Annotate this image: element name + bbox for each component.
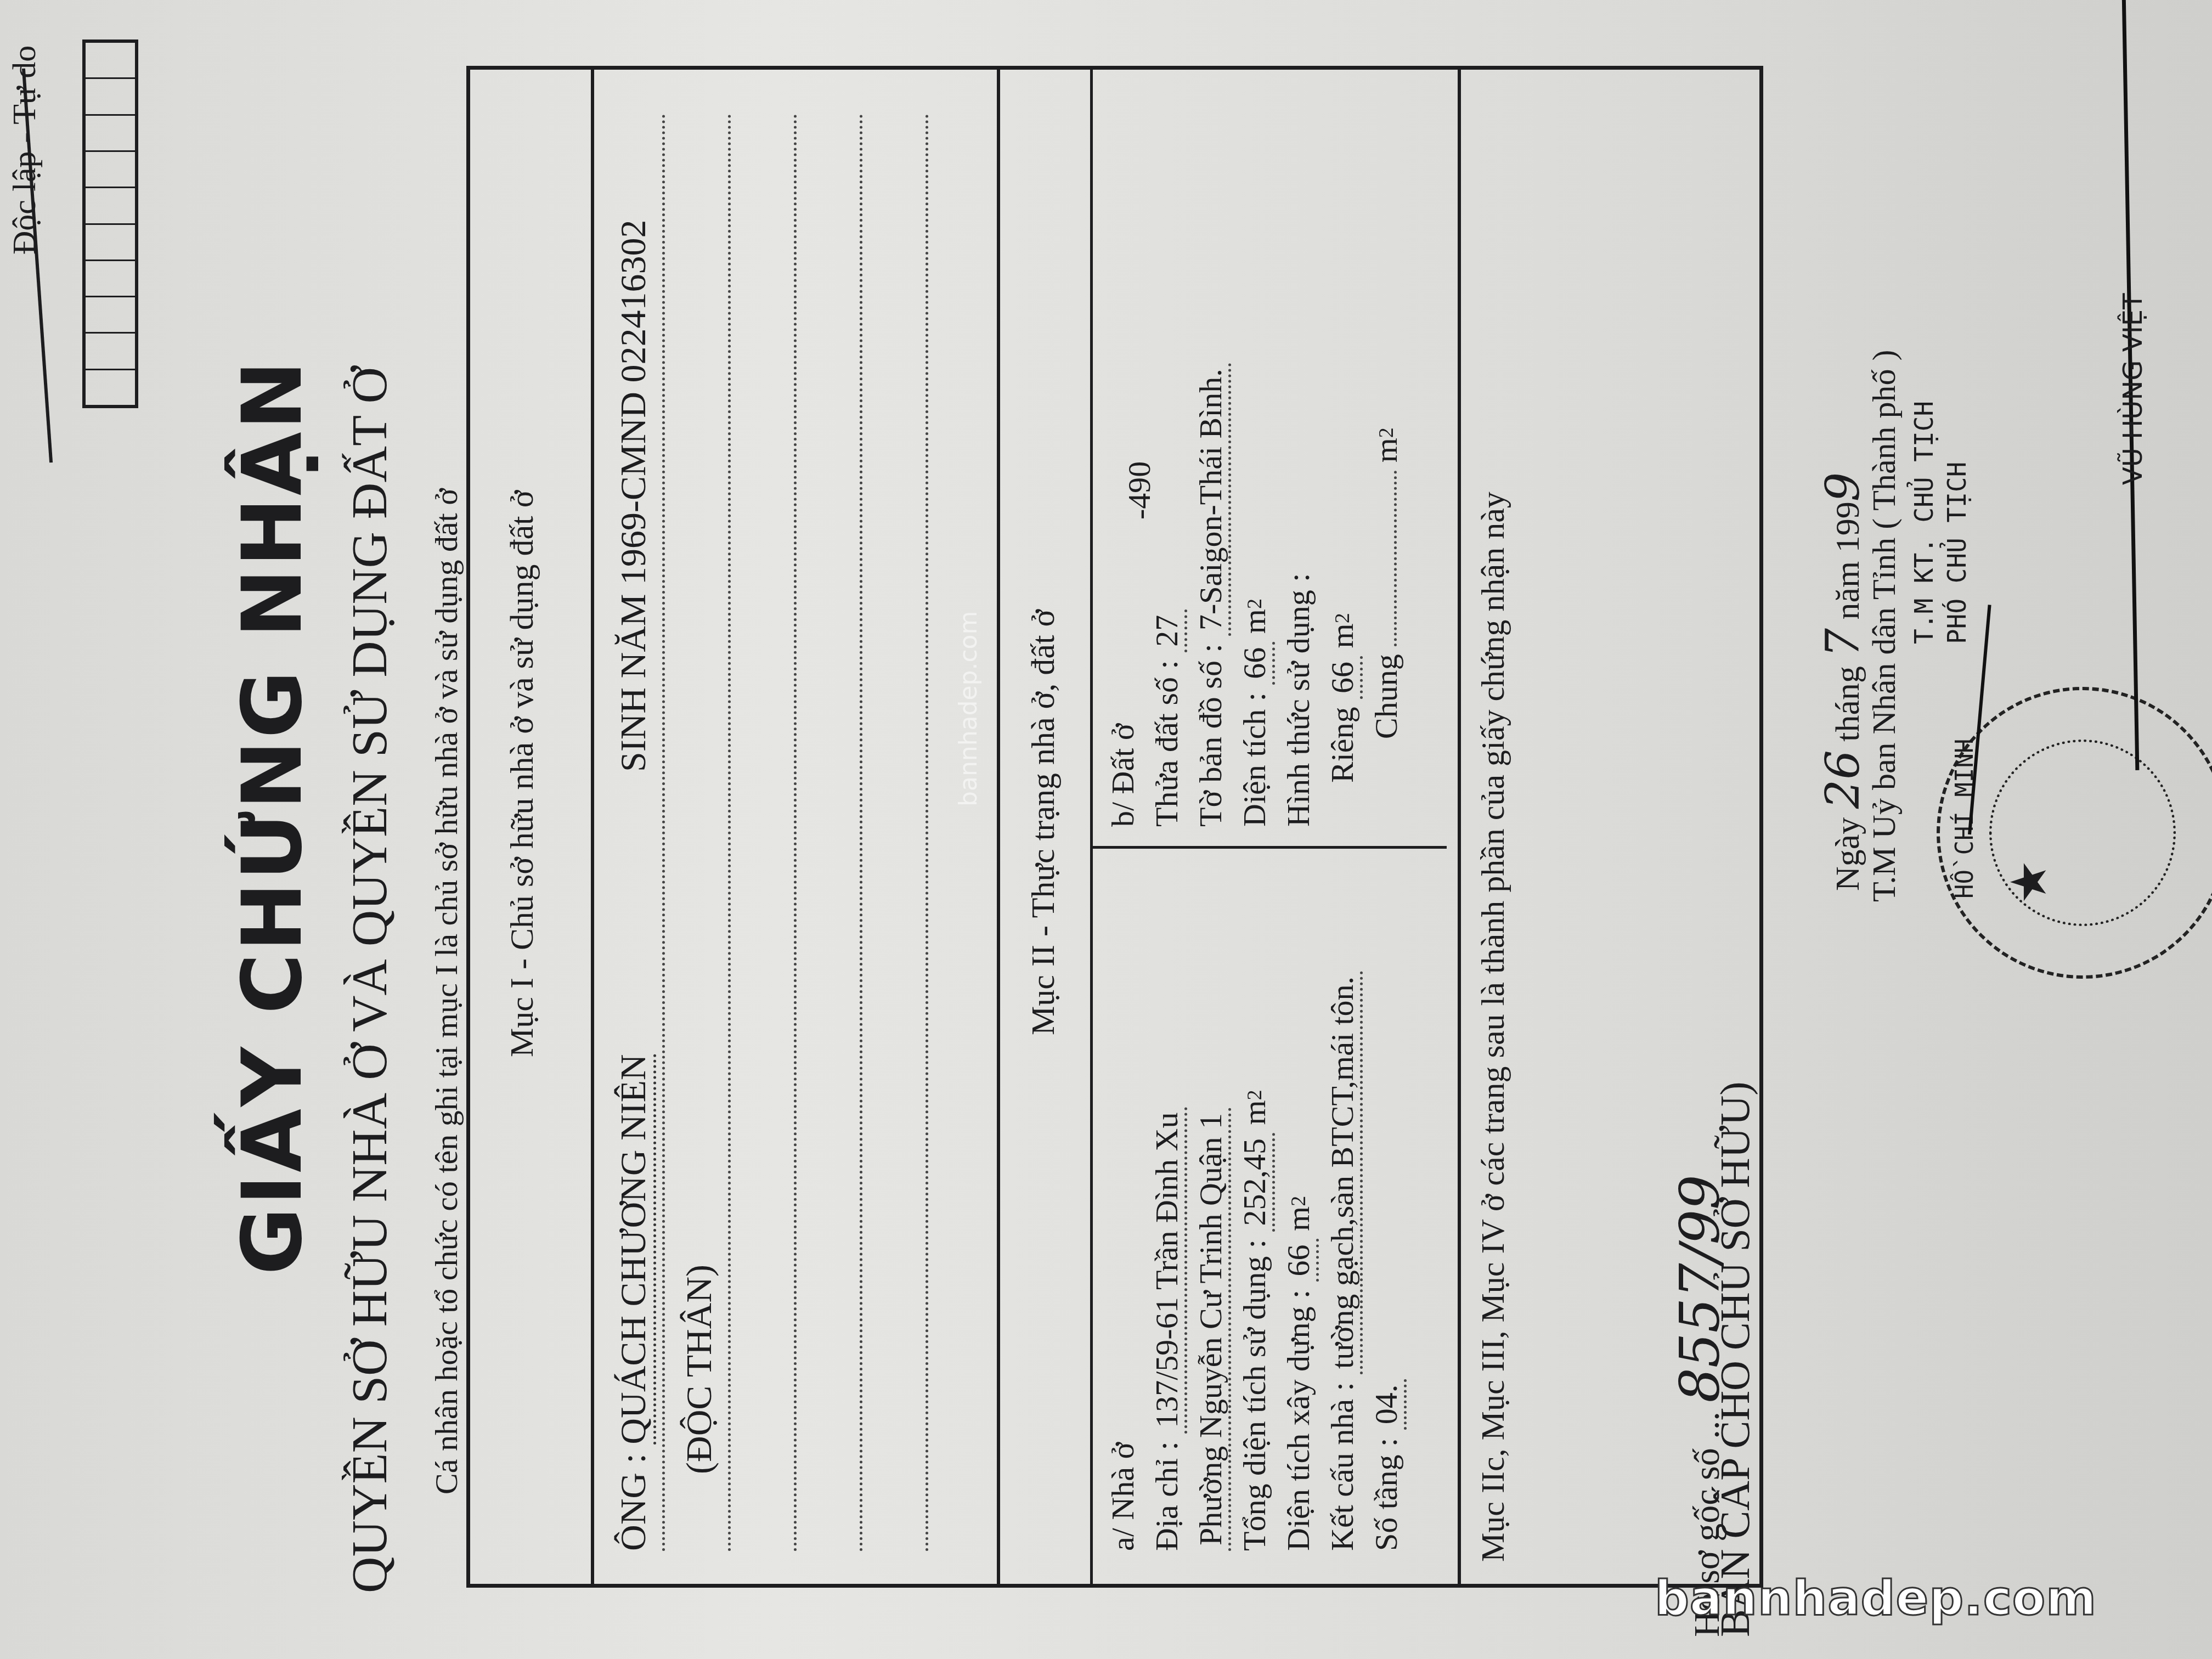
address-value: 137/59-61 Trần Đình Xu — [1149, 1107, 1187, 1434]
blank-line — [860, 114, 862, 1551]
unit-sup: 2 — [1287, 1196, 1310, 1206]
private-row: Riêng 66 m2 — [1321, 92, 1364, 827]
unit-sup: 2 — [1243, 1090, 1266, 1100]
blank-line — [794, 114, 797, 1551]
column-divider — [1090, 846, 1447, 849]
section-1-heading: Mục I - Chủ sở hữu nhà ở và sử dụng đất … — [503, 490, 541, 1057]
unit: m — [1368, 438, 1404, 462]
built-area-label: Diện tích xây dựng : — [1280, 1290, 1316, 1551]
map-sheet-row: Tờ bản đồ số : 7-Saigon-Thái Bình. — [1189, 92, 1233, 827]
unit-sup: 2 — [1331, 613, 1354, 623]
certificate-form-box: Mục I - Chủ sở hữu nhà ở và sử dụng đất … — [466, 66, 1763, 1588]
built-area-row: Diện tích xây dựng : 66 m2 — [1277, 860, 1321, 1551]
watermark-logo: bannhadep.com — [1655, 1570, 2097, 1626]
divider — [1458, 70, 1461, 1584]
floors-row: Số tầng : 04. — [1364, 860, 1408, 1551]
signer-name: VŨ HÙNG VIỆT — [2118, 294, 2148, 485]
ward-value: Phường Nguyễn Cư Trinh Quận 1 — [1193, 1108, 1231, 1551]
plot-row: Thửa đất số : 27 -490 — [1145, 92, 1189, 827]
unit: m — [1237, 609, 1272, 634]
owner-details: SINH NĂM 1969-CMND 022416302 — [613, 219, 654, 772]
map-sheet-value: 7-Saigon-Thái Bình. — [1193, 363, 1231, 636]
document-title: GIẤY CHỨNG NHẬN — [225, 359, 320, 1275]
usage-row: Hình thức sử dụng : — [1277, 92, 1321, 827]
shared-label: Chung — [1368, 654, 1404, 739]
house-info: a/ Nhà ở Địa chỉ : 137/59-61 Trần Đình X… — [1101, 860, 1408, 1551]
month-value: 7 — [1816, 628, 1870, 657]
private-value: 66 — [1324, 656, 1363, 699]
map-sheet-label: Tờ bản đồ số : — [1193, 644, 1228, 827]
marital-status: (ĐỘC THÂN) — [679, 1265, 720, 1474]
house-heading: a/ Nhà ở — [1101, 860, 1145, 1551]
watermark-center: bannhadep.com — [955, 611, 983, 806]
ward-row: Phường Nguyễn Cư Trinh Quận 1 — [1189, 860, 1233, 1551]
shared-row: Chung m2 — [1364, 92, 1408, 827]
owner-line: ÔNG : QUÁCH CHƯƠNG NIÊN — [613, 1054, 654, 1551]
built-area-value: 66 — [1280, 1239, 1319, 1282]
unit: m — [1280, 1206, 1316, 1231]
issuing-org: T.M Uỷ ban Nhân dân Tỉnh ( Thành phố ) — [1865, 350, 1903, 902]
land-area-value: 66 — [1237, 642, 1275, 685]
plot-extra: -490 — [1118, 461, 1161, 520]
usage-label: Hình thức sử dụng : — [1280, 573, 1316, 827]
copy-note: BẢN CẤP CHO CHỦ SỞ HỮU) — [1712, 1081, 1759, 1637]
floors-label: Số tầng : — [1368, 1438, 1404, 1551]
total-area-label: Tổng diện tích sử dụng : — [1237, 1239, 1272, 1551]
owner-label: ÔNG : — [613, 1453, 653, 1551]
plot-value: 27 — [1149, 610, 1187, 652]
signer-role-2: PHÓ CHỦ TỊCH — [1942, 462, 1972, 644]
divider — [591, 70, 594, 1584]
blank-line — [662, 114, 665, 1551]
total-area-value: 252,45 — [1237, 1133, 1275, 1232]
land-area-label: Diện tích : — [1237, 692, 1272, 827]
year-label: năm 199 — [1829, 501, 1866, 619]
document-subtitle: QUYỀN SỞ HỮU NHÀ Ở VÀ QUYỀN SỬ DỤNG ĐẤT … — [340, 367, 398, 1593]
owner-name: QUÁCH CHƯƠNG NIÊN — [613, 1054, 656, 1444]
unit: m — [1324, 623, 1360, 648]
structure-row: Kết cấu nhà : tường gạch,sàn BTCT,mái tô… — [1321, 860, 1364, 1551]
total-area-row: Tổng diện tích sử dụng : 252,45 m2 — [1233, 860, 1277, 1551]
shared-value — [1394, 471, 1397, 646]
star-icon: ★ — [2000, 860, 2058, 904]
month-label: tháng — [1829, 666, 1866, 742]
serial-number-box — [82, 39, 138, 408]
divider — [1090, 70, 1093, 1584]
land-heading: b/ Đất ở — [1101, 92, 1145, 827]
address-row: Địa chỉ : 137/59-61 Trần Đình Xu — [1145, 860, 1189, 1551]
blank-line — [728, 114, 731, 1551]
certificate-document: Độc lập - Tự do GIẤY CHỨNG NHẬN QUYỀN SỞ… — [0, 0, 2212, 1659]
unit: m — [1237, 1100, 1272, 1125]
unit-sup: 2 — [1375, 427, 1398, 438]
structure-value: tường gạch,sàn BTCT,mái tôn. — [1324, 971, 1363, 1374]
address-label: Địa chỉ : — [1149, 1441, 1184, 1551]
plot-label: Thửa đất số : — [1149, 660, 1184, 827]
unit-sup: 2 — [1243, 599, 1266, 609]
blank-line — [926, 114, 928, 1551]
intro-text: Cá nhân hoặc tổ chức có tên ghi tại mục … — [428, 488, 465, 1494]
year-digit: 9 — [1816, 472, 1870, 501]
day-value: 26 — [1816, 750, 1870, 809]
land-info: b/ Đất ở Thửa đất số : 27 -490 Tờ bản đồ… — [1101, 92, 1408, 827]
divider — [997, 70, 1000, 1584]
structure-label: Kết cấu nhà : — [1324, 1382, 1360, 1551]
private-label: Riêng — [1324, 707, 1360, 783]
land-area-row: Diện tích : 66 m2 — [1233, 92, 1277, 827]
floors-value: 04. — [1368, 1379, 1407, 1430]
section-3-note: Mục IIc, Mục III, Mục IV ở các trang sau… — [1474, 492, 1512, 1562]
section-2-heading: Mục II - Thực trạng nhà ở, đất ở — [1024, 610, 1062, 1035]
signer-role-1: T.M KT. CHỦ TỊCH — [1909, 401, 1939, 644]
date-prefix: Ngày — [1829, 817, 1866, 891]
issue-date: Ngày 26 tháng 7 năm 1999 — [1816, 472, 1870, 891]
